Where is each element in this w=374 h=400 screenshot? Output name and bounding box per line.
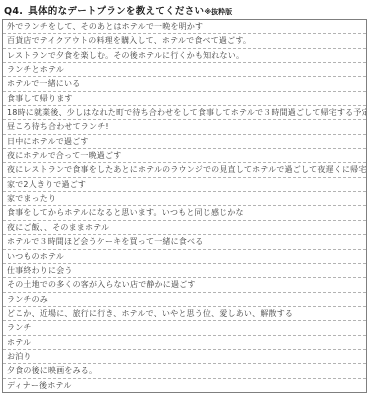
table-row: ホテルで一緒にいる [3,77,366,91]
table-row: ランチとホテル [3,63,366,77]
table-row: いつものホテル [3,250,366,264]
table-row: ランチ [3,321,366,335]
question-header: Q4.具体的なデートプランを教えてください※抜粋版 [0,0,374,19]
table-row: 夜にご飯、、そのままホテル [3,221,366,235]
table-row: ディナー後ホテル [3,379,366,392]
question-note: ※抜粋版 [204,8,232,16]
table-row: 家でまったり [3,192,366,206]
question-title: 具体的なデートプランを教えてください [28,6,204,17]
table-row: 昼ころ待ち合わせてランチ! [3,120,366,134]
table-row: 食事をしてからホテルになると思います。いつもと同じ感じかな [3,206,366,220]
table-row: その土地での多くの客が入らない店で静かに過ごす [3,278,366,292]
table-row: ホテルで３時間ほど会うケーキを買って一緒に食べる [3,235,366,249]
table-row: ホテル [3,336,366,350]
table-row: レストランで夕食を楽しむ。その後ホテルに行くかも知れない。 [3,49,366,63]
table-row: どこか、近場に、旅行に行き、ホテルで、いやと思う位、愛しあい、解散する [3,307,366,321]
question-number: Q4. [4,6,23,17]
table-row: お泊り [3,350,366,364]
table-row: 夕食の後に映画をみる。 [3,364,366,378]
table-row: 夜にホテルで合って一晩過ごす [3,149,366,163]
table-row: 仕事終わりに会う [3,264,366,278]
table-row: 食事して帰ります [3,92,366,106]
table-row: 外でランチをして、そのあとはホテルで一晩を明かす [3,20,366,34]
table-row: ランチのみ [3,293,366,307]
table-row: 日中にホテルで過ごす [3,135,366,149]
table-row: 百貨店でテイクアウトの料理を購入して、ホテルで食べて過ごす。 [3,34,366,48]
response-table: 外でランチをして、そのあとはホテルで一晩を明かす百貨店でテイクアウトの料理を購入… [2,19,367,393]
table-row: 18時に就業後、少しはなれた町で待ち合わせをして食事してホテルで３時間過ごして帰… [3,106,366,120]
table-row: 夜にレストランで食事をしたあとにホテルのラウンジでの見直してホテルで過ごして夜遅… [3,163,366,177]
table-row: 家で2人きりで過ごす [3,178,366,192]
